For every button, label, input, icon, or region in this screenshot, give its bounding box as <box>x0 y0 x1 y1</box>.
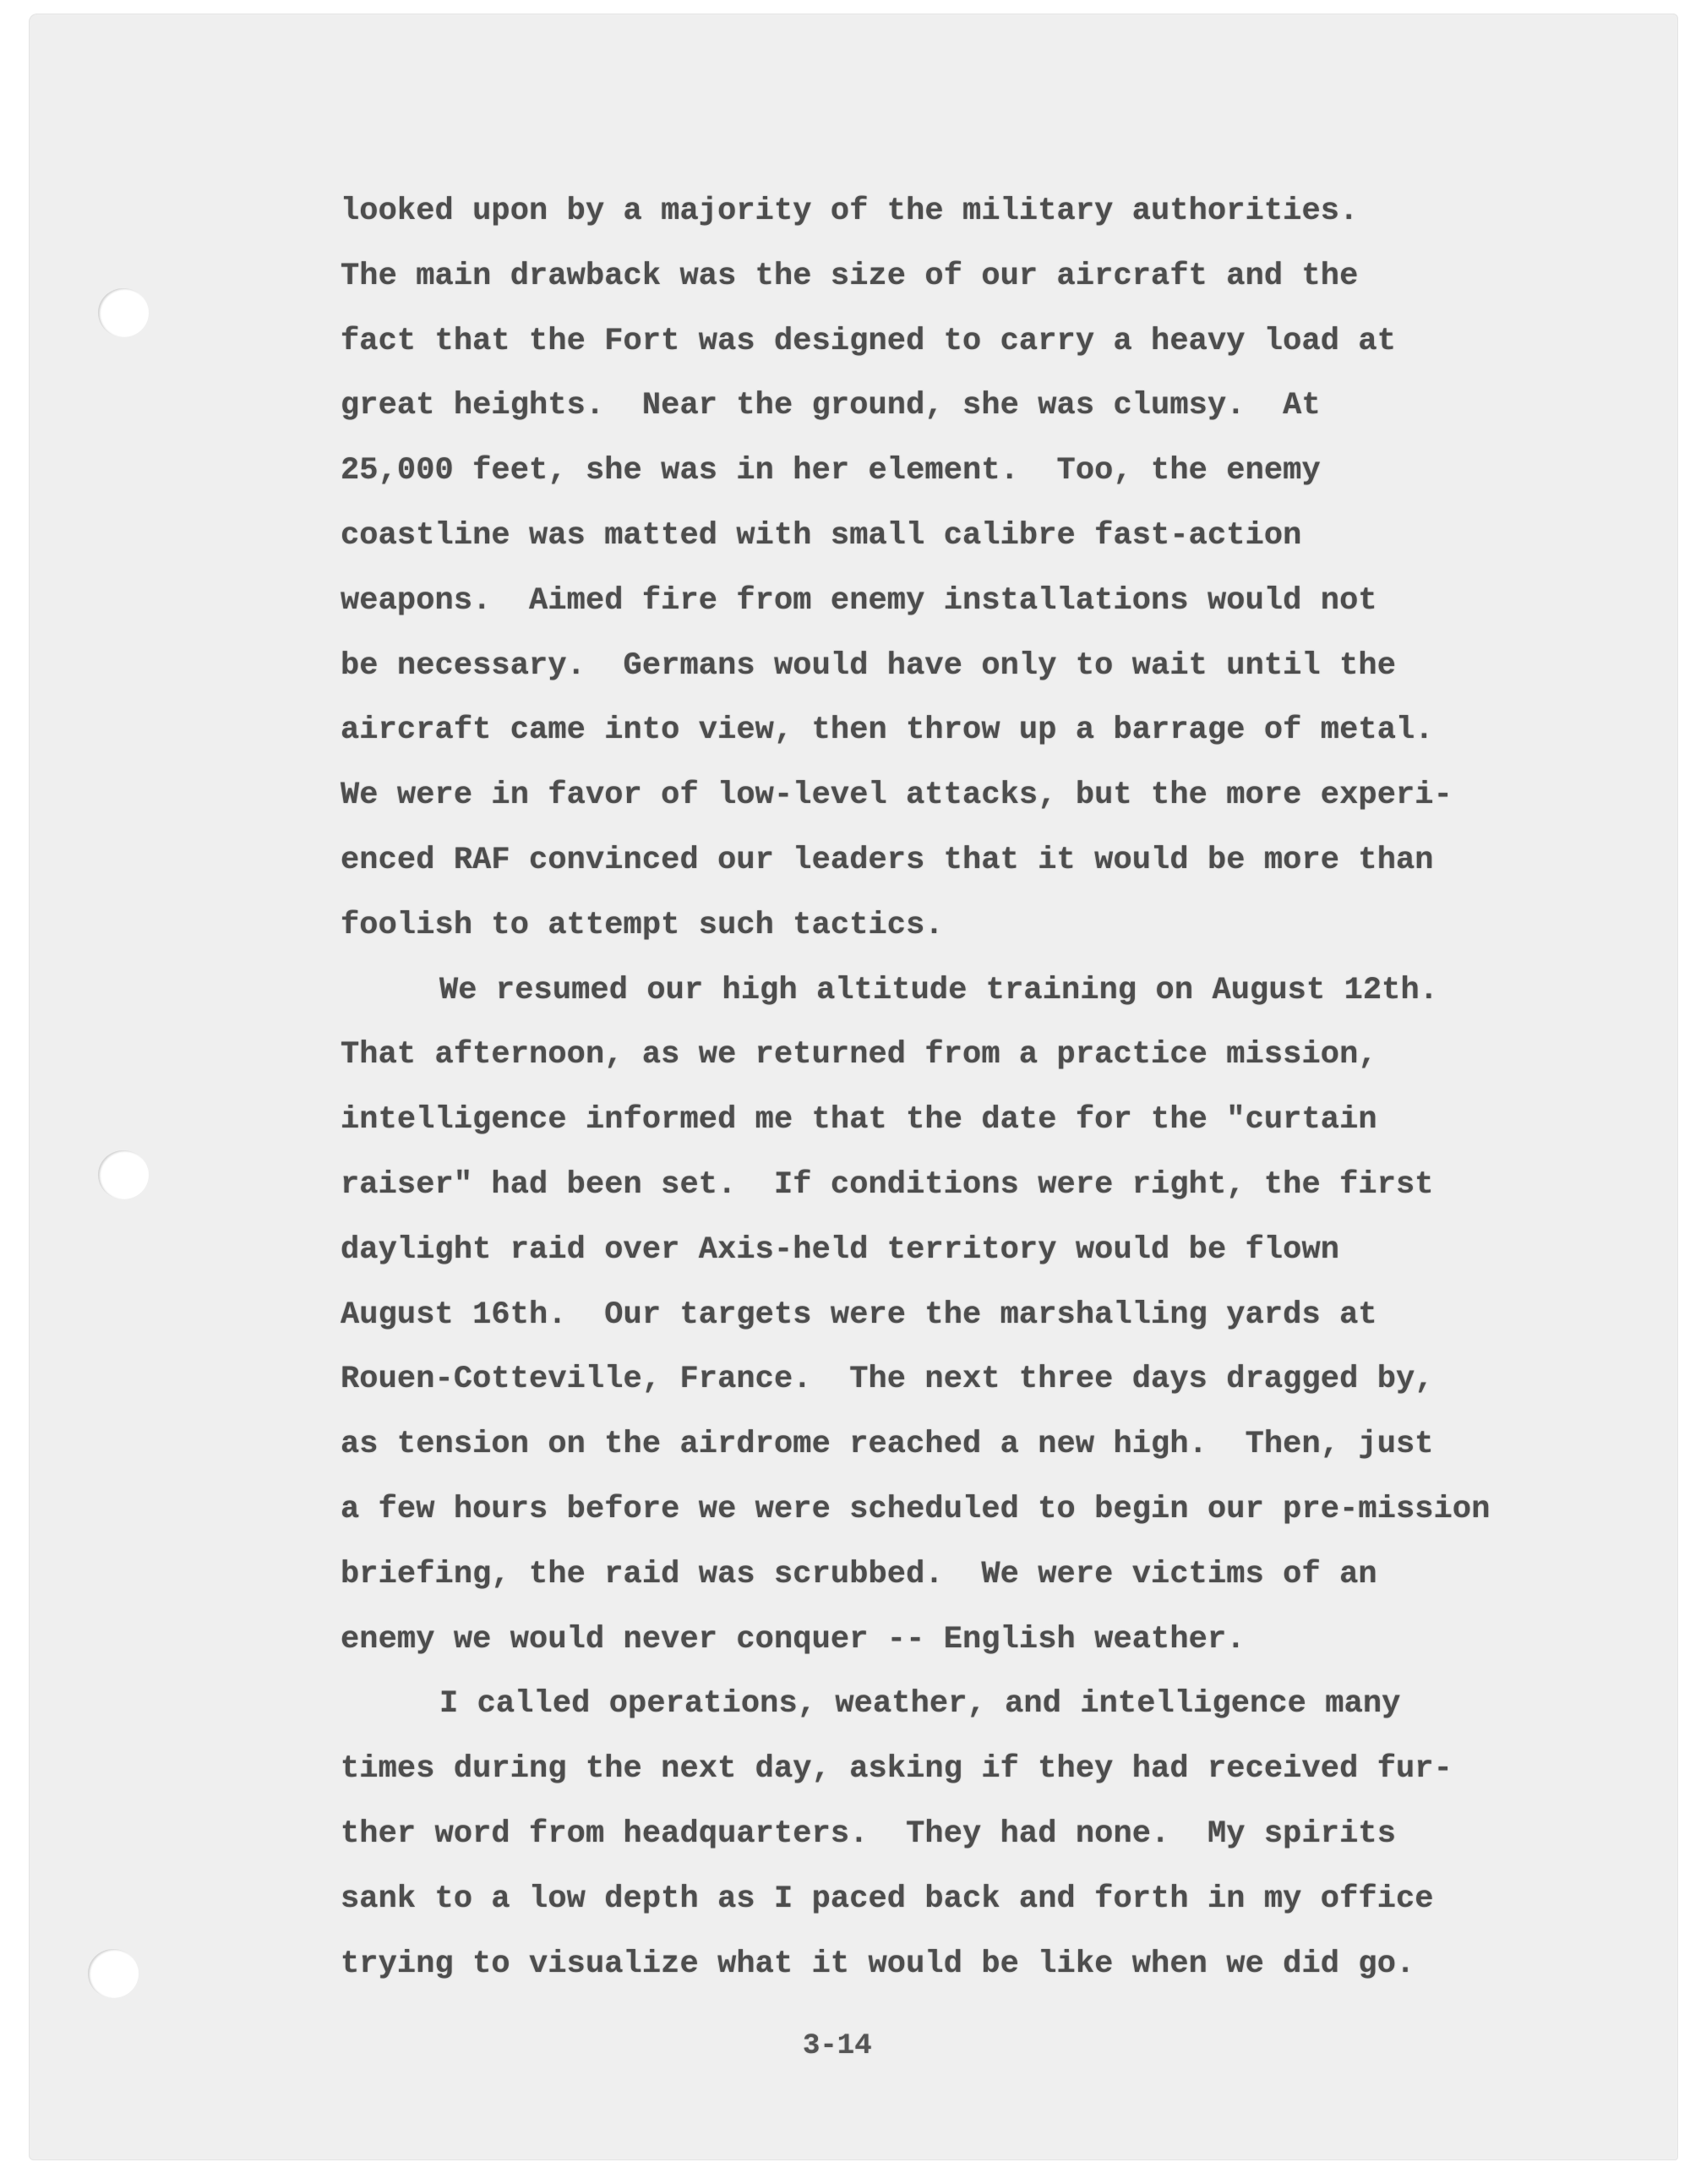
text-line: August 16th. Our targets were the marsha… <box>341 1283 1491 1348</box>
text-line: enced RAF convinced our leaders that it … <box>341 828 1491 893</box>
text-line: raiser" had been set. If conditions were… <box>341 1153 1491 1218</box>
text-line: fact that the Fort was designed to carry… <box>341 309 1491 374</box>
text-line: great heights. Near the ground, she was … <box>341 374 1491 439</box>
text-line: coastline was matted with small calibre … <box>341 504 1491 569</box>
text-line-indented: We resumed our high altitude training on… <box>341 958 1491 1024</box>
text-line: weapons. Aimed fire from enemy installat… <box>341 569 1491 634</box>
text-line: We were in favor of low-level attacks, b… <box>341 763 1491 828</box>
paragraph-2: We resumed our high altitude training on… <box>341 958 1491 1673</box>
text-line: aircraft came into view, then throw up a… <box>341 698 1491 763</box>
text-line: sank to a low depth as I paced back and … <box>341 1867 1491 1932</box>
paragraph-3: I called operations, weather, and intell… <box>341 1672 1491 1996</box>
text-line: enemy we would never conquer -- English … <box>341 1608 1491 1673</box>
text-line: ther word from headquarters. They had no… <box>341 1802 1491 1867</box>
punch-hole-middle <box>98 1150 149 1199</box>
text-line: be necessary. Germans would have only to… <box>341 634 1491 699</box>
punch-hole-top <box>98 288 149 337</box>
page-number: 3-14 <box>803 2030 872 2062</box>
text-line: 25,000 feet, she was in her element. Too… <box>341 439 1491 504</box>
text-line: a few hours before we were scheduled to … <box>341 1477 1491 1542</box>
text-line: times during the next day, asking if the… <box>341 1737 1491 1802</box>
text-line: The main drawback was the size of our ai… <box>341 244 1491 309</box>
text-line: intelligence informed me that the date f… <box>341 1088 1491 1153</box>
text-line: foolish to attempt such tactics. <box>341 893 1491 958</box>
text-line: Rouen-Cotteville, France. The next three… <box>341 1347 1491 1412</box>
text-line: daylight raid over Axis-held territory w… <box>341 1218 1491 1283</box>
text-line: That afternoon, as we returned from a pr… <box>341 1023 1491 1088</box>
punch-hole-bottom <box>88 1949 139 1998</box>
text-line: looked upon by a majority of the militar… <box>341 179 1491 244</box>
typed-text-body: looked upon by a majority of the militar… <box>341 179 1491 1996</box>
text-line: briefing, the raid was scrubbed. We were… <box>341 1542 1491 1608</box>
text-line: as tension on the airdrome reached a new… <box>341 1412 1491 1477</box>
text-line: trying to visualize what it would be lik… <box>341 1932 1491 1997</box>
text-line-indented: I called operations, weather, and intell… <box>341 1672 1491 1737</box>
paragraph-1: looked upon by a majority of the militar… <box>341 179 1491 958</box>
